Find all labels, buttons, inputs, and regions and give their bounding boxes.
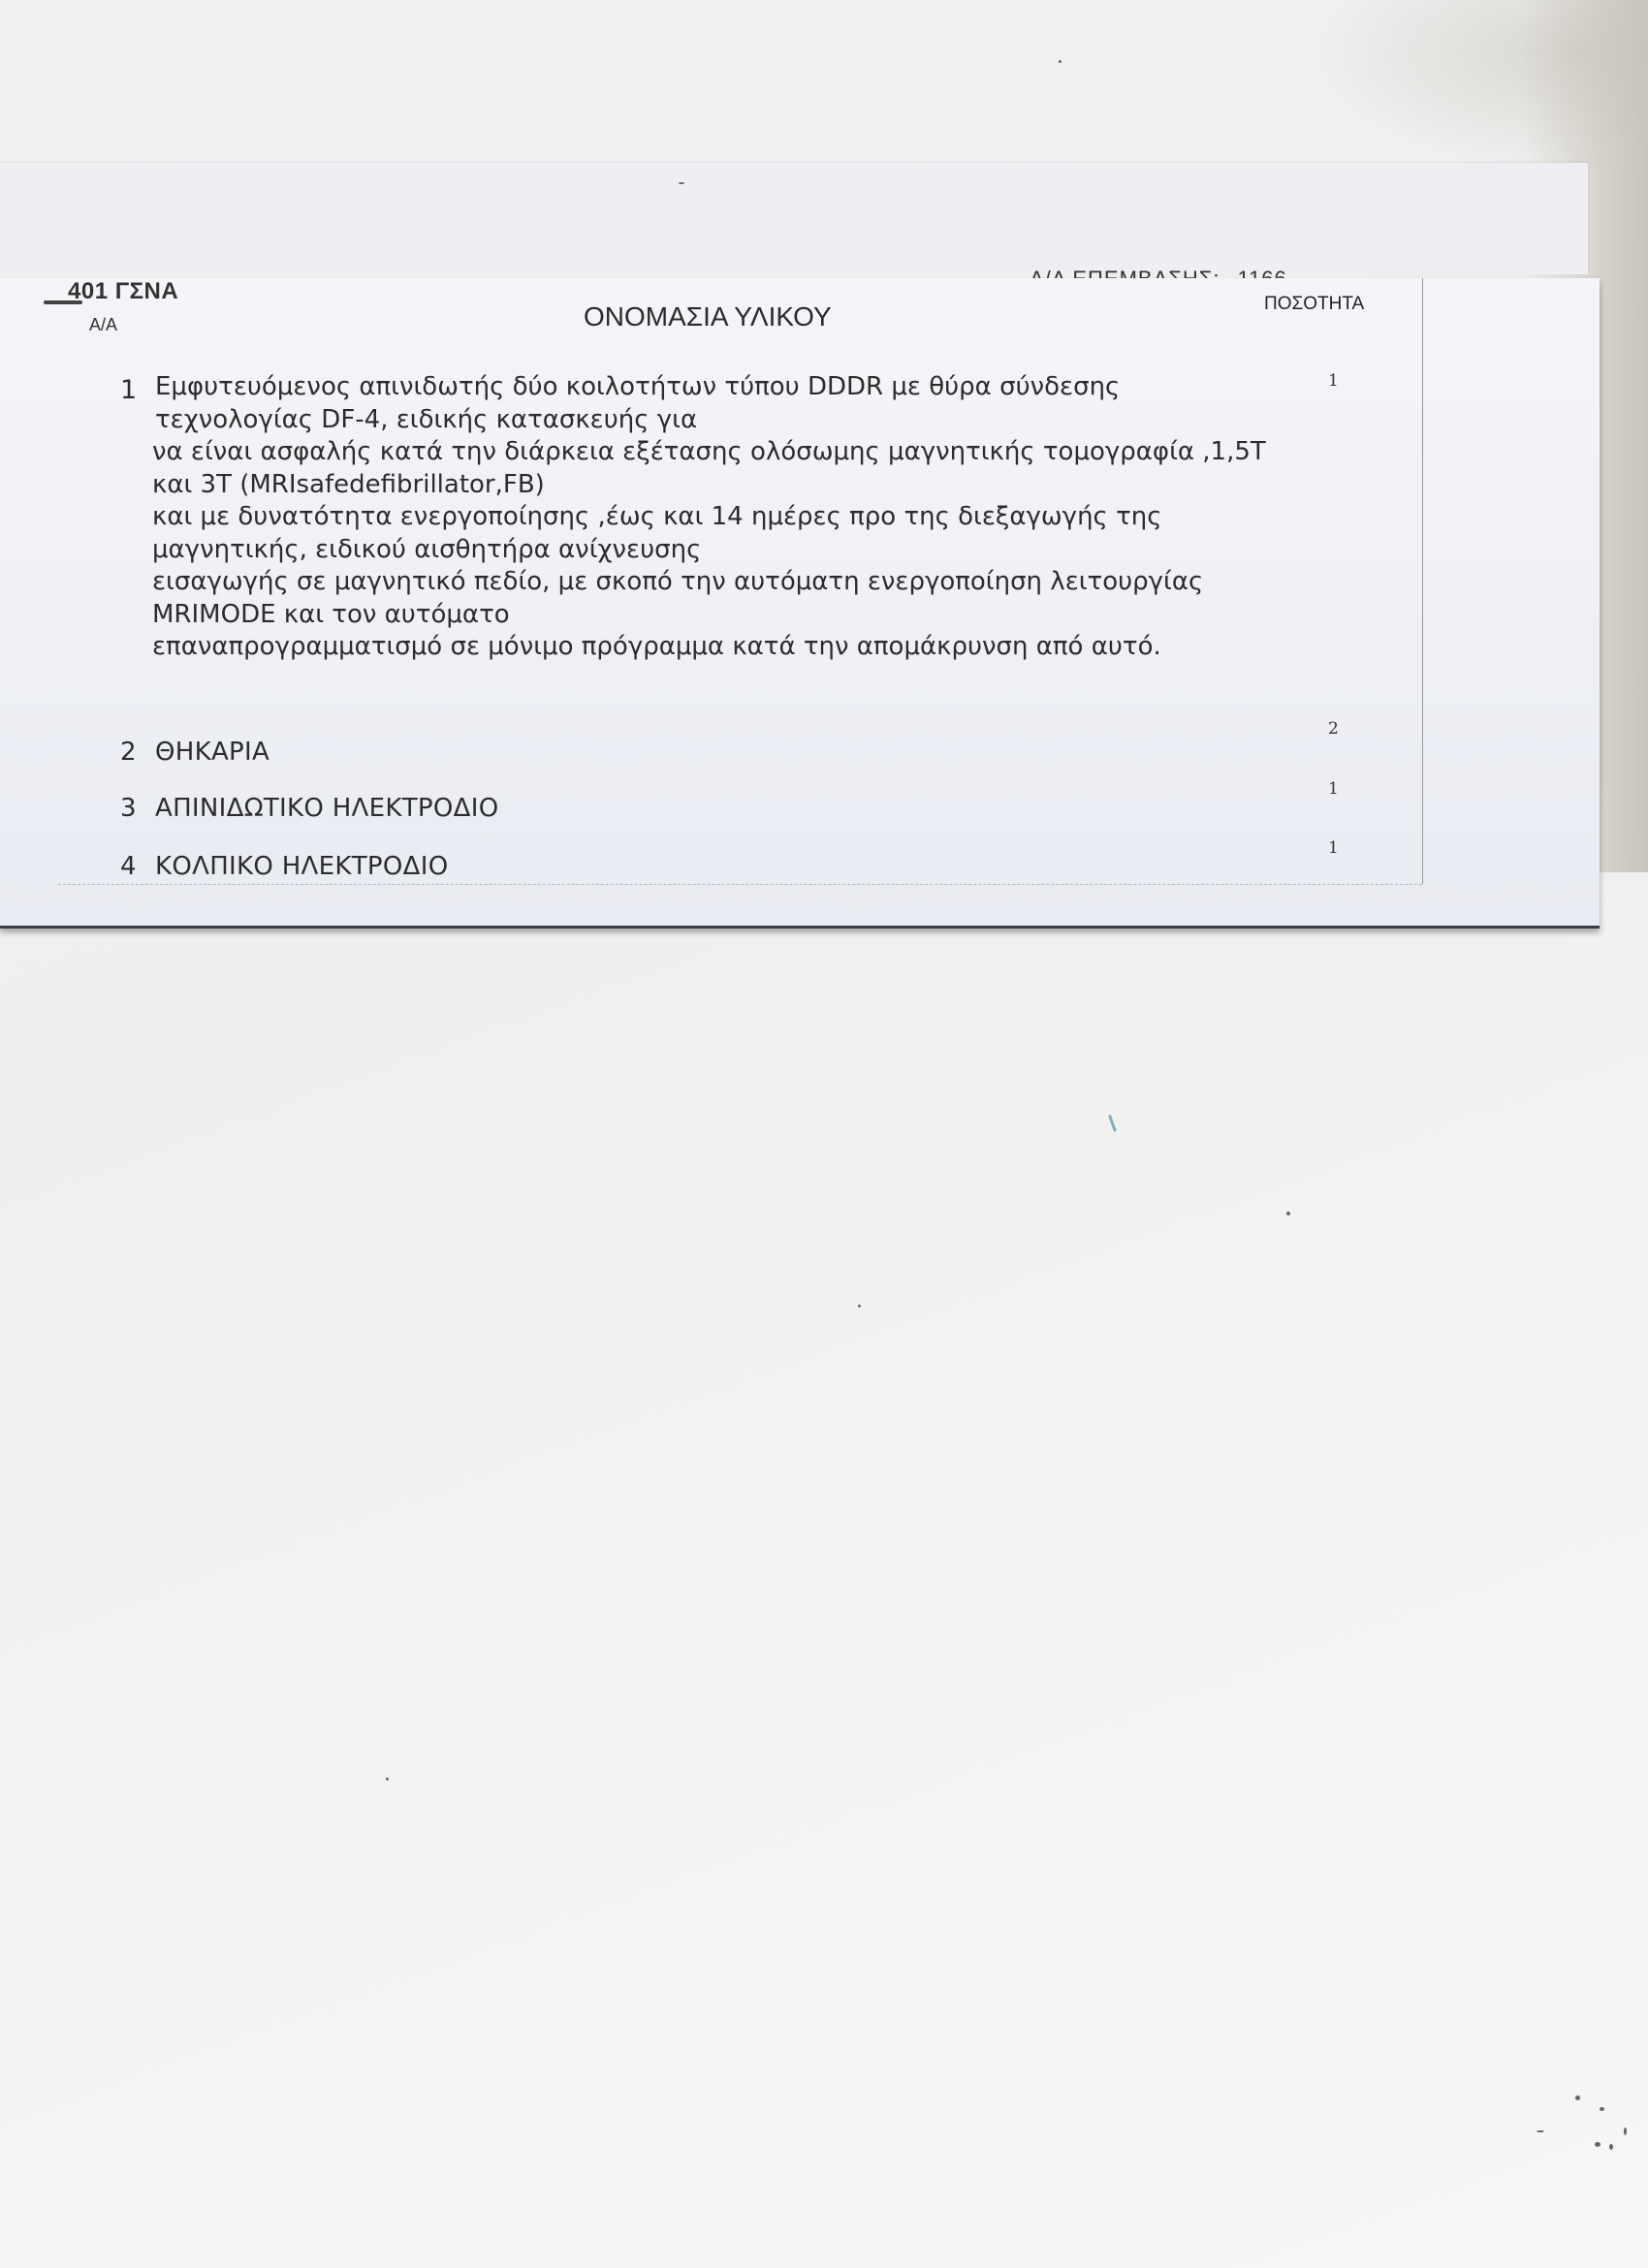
row-quantity: 2 <box>1328 719 1339 739</box>
scan-speck <box>1537 2130 1544 2132</box>
desc-line: μαγνητικής, ειδικού αισθητήρα ανίχνευσης <box>152 534 1266 567</box>
row-description: Εμφυτευόμενος απινιδωτής δύο κοιλοτήτων … <box>155 371 1120 436</box>
table-bottom-border <box>58 884 1422 885</box>
scan-speck <box>1108 1115 1117 1132</box>
row-index: 3 <box>120 794 155 823</box>
header-quantity: ΠΟΣΟΤΗΤΑ <box>1264 294 1364 315</box>
row-name: ΚΟΛΠΙΚΟ ΗΛΕΚΤΡΟΔΙΟ <box>155 852 448 881</box>
desc-line: τεχνολογίας DF-4, ειδικής κατασκευής για <box>155 404 1120 437</box>
row-quantity: 1 <box>1328 779 1339 799</box>
scan-speck <box>386 1778 389 1780</box>
scan-speck <box>1059 60 1062 63</box>
row-item: 3ΑΠΙΝΙΔΩΤΙΚΟ ΗΛΕΚΤΡΟΔΙΟ <box>120 794 498 823</box>
background-stain-top <box>1309 0 1648 174</box>
scan-speck <box>679 182 684 184</box>
row-index: 4 <box>120 852 155 881</box>
header-item-name: ΟΝΟΜΑΣΙΑ ΥΛΙΚΟΥ <box>584 301 832 332</box>
row-item: 4ΚΟΛΠΙΚΟ ΗΛΕΚΤΡΟΔΙΟ <box>120 852 448 881</box>
scan-speck <box>858 1305 861 1307</box>
row-name: ΑΠΙΝΙΔΩΤΙΚΟ ΗΛΕΚΤΡΟΔΙΟ <box>155 794 498 823</box>
row-item: 2ΘΗΚΑΡΙΑ <box>120 738 269 767</box>
row-index: 2 <box>120 738 155 767</box>
desc-line: Εμφυτευόμενος απινιδωτής δύο κοιλοτήτων … <box>155 371 1120 404</box>
desc-line: εισαγωγής σε μαγνητικό πεδίο, με σκοπό τ… <box>152 566 1266 599</box>
scan-speck <box>1595 2142 1600 2147</box>
row-quantity: 1 <box>1328 838 1339 858</box>
column-divider <box>1422 278 1423 884</box>
scan-speck <box>1575 2095 1580 2100</box>
row-name: ΘΗΚΑΡΙΑ <box>155 738 269 767</box>
desc-line: και με δυνατότητα ενεργοποίησης ,έως και… <box>152 501 1266 534</box>
back-sheet <box>0 163 1588 274</box>
desc-line: επαναπρογραμματισμό σε μόνιμο πρόγραμμα … <box>152 631 1266 664</box>
organization-code: 401 ΓΣΝΑ <box>68 278 178 305</box>
row-index: 1 <box>120 375 137 405</box>
front-sheet: Α/Α ΟΝΟΜΑΣΙΑ ΥΛΙΚΟΥ ΠΟΣΟΤΗΤΑ 1 Εμφυτευόμ… <box>0 278 1600 929</box>
desc-line: MRIMODE και τον αυτόματο <box>152 599 1266 632</box>
scan-speck <box>1286 1212 1290 1215</box>
header-index: Α/Α <box>89 315 117 335</box>
desc-line: και 3T (MRIsafedefibrillator,FB) <box>152 469 1266 502</box>
row-description-cont: να είναι ασφαλής κατά την διάρκεια εξέτα… <box>152 436 1266 664</box>
row-quantity: 1 <box>1328 371 1339 391</box>
scan-speck <box>1600 2107 1604 2111</box>
desc-line: να είναι ασφαλής κατά την διάρκεια εξέτα… <box>152 436 1266 469</box>
scan-speck <box>1624 2127 1627 2135</box>
scan-speck <box>1609 2144 1613 2150</box>
